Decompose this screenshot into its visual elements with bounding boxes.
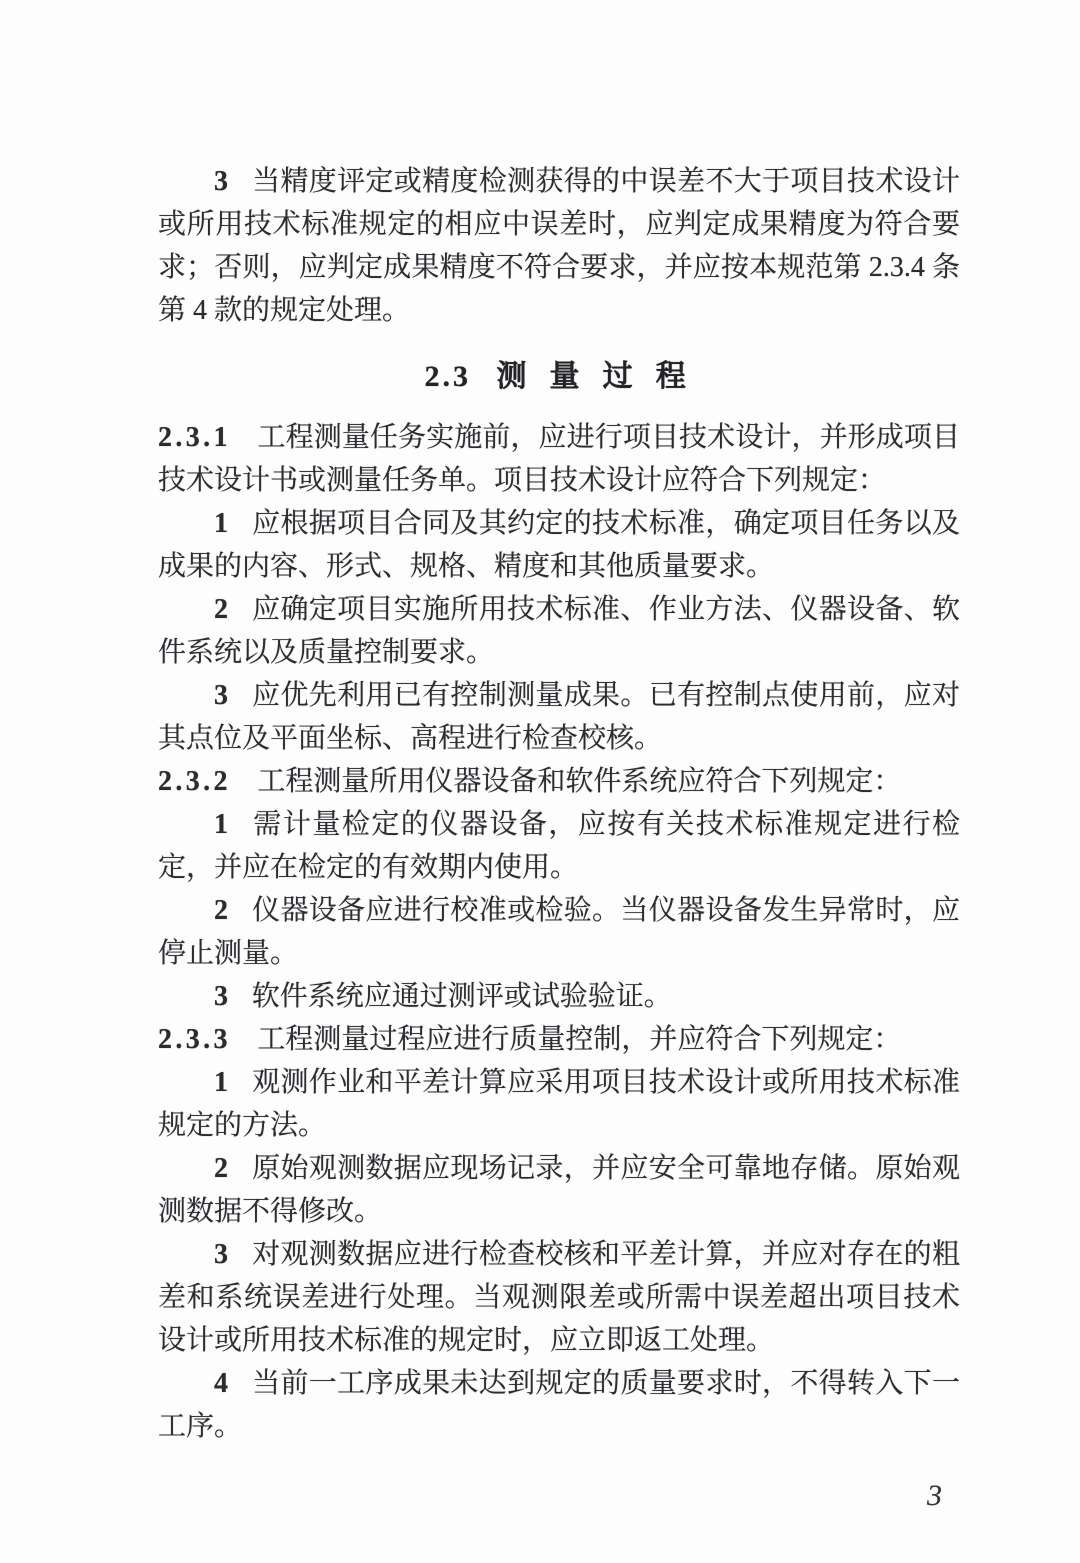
clause-2-3-3-item-1: 1观测作业和平差计算应采用项目技术设计或所用技术标准规定的方法。 [158, 1061, 960, 1147]
clause-2-3-3-item-2: 2原始观测数据应现场记录，并应安全可靠地存储。原始观测数据不得修改。 [158, 1147, 960, 1233]
item-number: 2 [214, 594, 252, 625]
clause-2-3-2-item-3: 3软件系统应通过测评或试验验证。 [158, 975, 960, 1018]
page-body: 3当精度评定或精度检测获得的中误差不大于项目技术设计或所用技术标准规定的相应中误… [158, 160, 960, 1448]
clause-number: 2.3.3 [158, 1024, 257, 1055]
clause-2-3-3-item-4: 4当前一工序成果未达到规定的质量要求时，不得转入下一工序。 [158, 1362, 960, 1448]
item-number: 1 [214, 1067, 252, 1098]
item-number: 3 [214, 1239, 252, 1270]
item-text: 应优先利用已有控制测量成果。已有控制点使用前，应对其点位及平面坐标、高程进行检查… [158, 680, 960, 754]
clause-2-3-3-item-3: 3对观测数据应进行检查校核和平差计算，并应对存在的粗差和系统误差进行处理。当观测… [158, 1233, 960, 1362]
item-text: 需计量检定的仪器设备，应按有关技术标准规定进行检定，并应在检定的有效期内使用。 [158, 809, 960, 883]
section-heading: 2.3测 量 过 程 [158, 355, 960, 399]
item-text: 应确定项目实施所用技术标准、作业方法、仪器设备、软件系统以及质量控制要求。 [158, 594, 960, 668]
clause-text: 工程测量所用仪器设备和软件系统应符合下列规定： [257, 766, 901, 797]
section-number: 2.3 [424, 360, 496, 393]
section-title-text: 测 量 过 程 [496, 360, 693, 393]
item-text: 原始观测数据应现场记录，并应安全可靠地存储。原始观测数据不得修改。 [158, 1153, 960, 1227]
clause-text: 工程测量任务实施前，应进行项目技术设计，并形成项目技术设计书或测量任务单。项目技… [158, 422, 960, 496]
item-number: 3 [214, 981, 252, 1012]
clause-2-3-2-item-1: 1需计量检定的仪器设备，应按有关技术标准规定进行检定，并应在检定的有效期内使用。 [158, 803, 960, 889]
clause-number: 2.3.2 [158, 766, 257, 797]
item-number: 2 [214, 1153, 252, 1184]
item-number: 4 [214, 1368, 252, 1399]
item-text: 对观测数据应进行检查校核和平差计算，并应对存在的粗差和系统误差进行处理。当观测限… [158, 1239, 960, 1356]
clause-text: 工程测量过程应进行质量控制，并应符合下列规定： [257, 1024, 901, 1055]
item-text: 当精度评定或精度检测获得的中误差不大于项目技术设计或所用技术标准规定的相应中误差… [158, 166, 960, 326]
item-number: 1 [214, 508, 252, 539]
item-text: 仪器设备应进行校准或检验。当仪器设备发生异常时，应停止测量。 [158, 895, 960, 969]
document-page: 3当精度评定或精度检测获得的中误差不大于项目技术设计或所用技术标准规定的相应中误… [0, 0, 1080, 1563]
item-text: 当前一工序成果未达到规定的质量要求时，不得转入下一工序。 [158, 1368, 960, 1442]
clause-number: 2.3.1 [158, 422, 257, 453]
clause-2-3-1: 2.3.1工程测量任务实施前，应进行项目技术设计，并形成项目技术设计书或测量任务… [158, 416, 960, 502]
clause-2-3-2-item-2: 2仪器设备应进行校准或检验。当仪器设备发生异常时，应停止测量。 [158, 889, 960, 975]
item-number: 3 [214, 680, 252, 711]
item-text: 软件系统应通过测评或试验验证。 [252, 981, 672, 1012]
clause-2-3-1-item-2: 2应确定项目实施所用技术标准、作业方法、仪器设备、软件系统以及质量控制要求。 [158, 588, 960, 674]
item-text: 观测作业和平差计算应采用项目技术设计或所用技术标准规定的方法。 [158, 1067, 960, 1141]
continuation-item-3: 3当精度评定或精度检测获得的中误差不大于项目技术设计或所用技术标准规定的相应中误… [158, 160, 960, 332]
clause-2-3-1-item-3: 3应优先利用已有控制测量成果。已有控制点使用前，应对其点位及平面坐标、高程进行检… [158, 674, 960, 760]
clause-2-3-2: 2.3.2工程测量所用仪器设备和软件系统应符合下列规定： [158, 760, 960, 803]
item-number: 2 [214, 895, 252, 926]
item-number: 1 [214, 809, 252, 840]
item-text: 应根据项目合同及其约定的技术标准，确定项目任务以及成果的内容、形式、规格、精度和… [158, 508, 960, 582]
clause-2-3-1-item-1: 1应根据项目合同及其约定的技术标准，确定项目任务以及成果的内容、形式、规格、精度… [158, 502, 960, 588]
page-number: 3 [927, 1478, 942, 1514]
item-number: 3 [214, 166, 252, 197]
clause-2-3-3: 2.3.3工程测量过程应进行质量控制，并应符合下列规定： [158, 1018, 960, 1061]
